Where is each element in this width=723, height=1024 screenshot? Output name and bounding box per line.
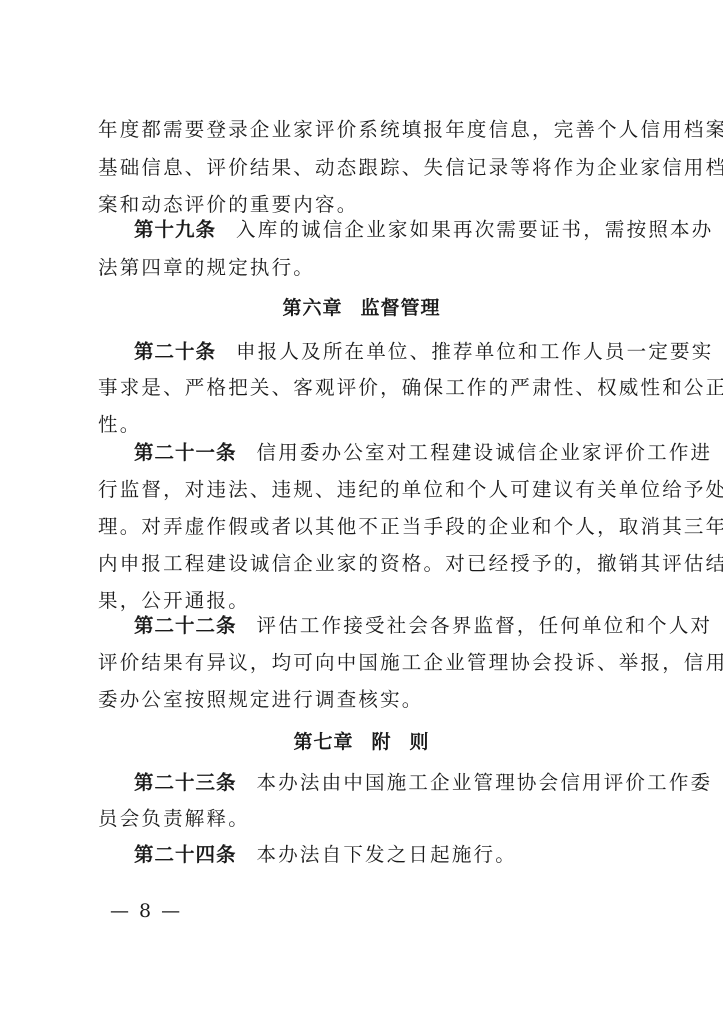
chapter-heading: 第六章监督管理 <box>0 293 723 320</box>
paragraph-line: 年度都需要登录企业家评价系统填报年度信息，完善个人信用档案， <box>98 118 658 142</box>
paragraph-line: 委办公室按照规定进行调查核实。 <box>98 688 658 712</box>
article-label: 第二十四条 <box>134 843 237 866</box>
paragraph-line: 内申报工程建设诚信企业家的资格。对已经授予的，撤销其评估结 <box>98 552 658 576</box>
paragraph-line: 性。 <box>98 413 658 437</box>
paragraph-line: 事求是、严格把关、客观评价，确保工作的严肃性、权威性和公正 <box>98 376 658 400</box>
chapter-heading: 第七章附则 <box>0 727 723 754</box>
article-text: 申报人及所在单位、推荐单位和工作人员一定要实 <box>236 340 713 363</box>
article-22: 第二十二条评估工作接受社会各界监督，任何单位和个人对 <box>134 614 694 638</box>
article-text: 信用委办公室对工程建设诚信企业家评价工作进 <box>257 441 713 464</box>
chapter-title-part: 附 <box>371 731 391 753</box>
paragraph-line: 行监督，对违法、违规、违纪的单位和个人可建议有关单位给予处 <box>98 478 658 502</box>
article-label: 第二十三条 <box>134 771 237 794</box>
paragraph-line: 案和动态评价的重要内容。 <box>98 193 658 217</box>
paragraph-line: 员会负责解释。 <box>98 807 658 831</box>
chapter-number: 第六章 <box>282 297 342 319</box>
page-number: — 8 — <box>110 900 182 922</box>
article-text: 本办法由中国施工企业管理协会信用评价工作委 <box>257 771 713 794</box>
chapter-title: 监督管理 <box>361 297 441 319</box>
article-19: 第十九条入库的诚信企业家如果再次需要证书，需按照本办 <box>134 218 694 242</box>
paragraph-line: 果，公开通报。 <box>98 589 658 613</box>
article-21: 第二十一条信用委办公室对工程建设诚信企业家评价工作进 <box>134 441 694 465</box>
article-24: 第二十四条本办法自下发之日起施行。 <box>134 843 694 867</box>
chapter-number: 第七章 <box>293 731 353 753</box>
article-23: 第二十三条本办法由中国施工企业管理协会信用评价工作委 <box>134 771 694 795</box>
article-text: 评估工作接受社会各界监督，任何单位和个人对 <box>257 614 713 637</box>
article-label: 第二十一条 <box>134 441 237 464</box>
article-label: 第十九条 <box>134 218 216 241</box>
chapter-title-part: 则 <box>410 731 430 753</box>
article-text: 本办法自下发之日起施行。 <box>257 843 517 866</box>
paragraph-line: 法第四章的规定执行。 <box>98 256 658 280</box>
article-label: 第二十条 <box>134 340 216 363</box>
article-20: 第二十条申报人及所在单位、推荐单位和工作人员一定要实 <box>134 340 694 364</box>
article-text: 入库的诚信企业家如果再次需要证书，需按照本办 <box>236 218 713 241</box>
paragraph-line: 评价结果有异议，均可向中国施工企业管理协会投诉、举报，信用 <box>98 651 658 675</box>
article-label: 第二十二条 <box>134 614 237 637</box>
document-page: 年度都需要登录企业家评价系统填报年度信息，完善个人信用档案， 基础信息、评价结果… <box>0 0 723 1024</box>
paragraph-line: 基础信息、评价结果、动态跟踪、失信记录等将作为企业家信用档 <box>98 156 658 180</box>
paragraph-line: 理。对弄虚作假或者以其他不正当手段的企业和个人，取消其三年 <box>98 515 658 539</box>
